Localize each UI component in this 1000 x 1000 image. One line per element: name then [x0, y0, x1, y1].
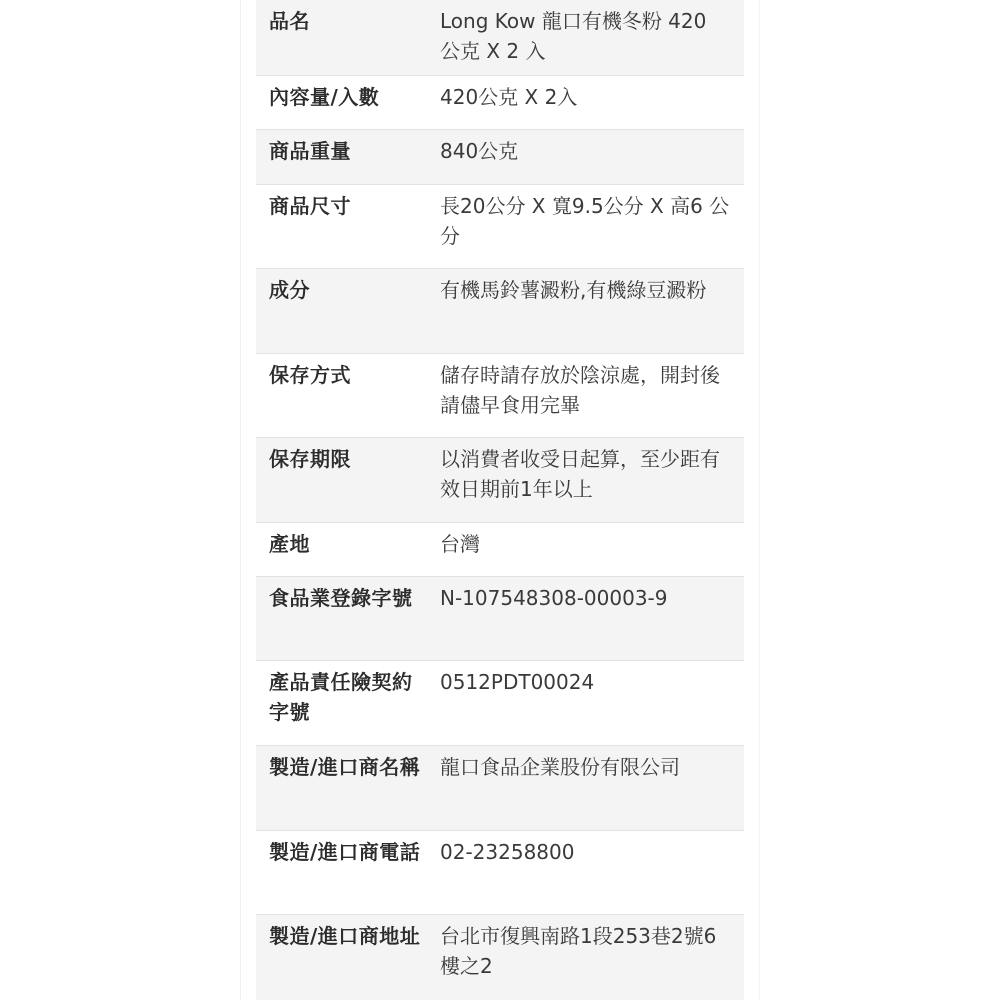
spec-value: 420公克 X 2入 — [428, 76, 744, 129]
spec-value: 長20公分 X 寬9.5公分 X 高6 公分 — [428, 185, 744, 268]
spec-row-manufacturer-name: 製造/進口商名稱 龍口食品企業股份有限公司 — [256, 746, 744, 831]
spec-label: 成分 — [256, 269, 428, 353]
spec-row-content-quantity: 內容量/入數 420公克 X 2入 — [256, 76, 744, 130]
spec-row-weight: 商品重量 840公克 — [256, 130, 744, 185]
spec-label: 商品重量 — [256, 130, 428, 184]
spec-label: 保存方式 — [256, 354, 428, 437]
spec-value: 台灣 — [428, 523, 744, 576]
spec-row-food-registration: 食品業登錄字號 N-107548308-00003-9 — [256, 577, 744, 661]
spec-row-manufacturer-phone: 製造/進口商電話 02-23258800 — [256, 831, 744, 915]
spec-label: 製造/進口商地址 — [256, 915, 428, 1000]
spec-row-manufacturer-address: 製造/進口商地址 台北市復興南路1段253巷2號6樓之2 — [256, 915, 744, 1000]
spec-value: 有機馬鈴薯澱粉,有機綠豆澱粉 — [428, 269, 744, 353]
spec-value: 0512PDT00024 — [428, 661, 744, 745]
spec-row-storage-method: 保存方式 儲存時請存放於陰涼處，開封後請儘早食用完畢 — [256, 354, 744, 438]
spec-value: 840公克 — [428, 130, 744, 184]
spec-label: 產品責任險契約字號 — [256, 661, 428, 745]
spec-row-shelf-life: 保存期限 以消費者收受日起算，至少距有效日期前1年以上 — [256, 438, 744, 523]
spec-label: 品名 — [256, 0, 428, 75]
spec-row-origin: 產地 台灣 — [256, 523, 744, 577]
spec-label: 食品業登錄字號 — [256, 577, 428, 660]
spec-label: 產地 — [256, 523, 428, 576]
product-spec-table: 品名 Long Kow 龍口有機冬粉 420 公克 X 2 入 內容量/入數 4… — [256, 0, 744, 1000]
spec-label: 保存期限 — [256, 438, 428, 522]
spec-value: Long Kow 龍口有機冬粉 420 公克 X 2 入 — [428, 0, 744, 75]
spec-value: 02-23258800 — [428, 831, 744, 914]
spec-label: 內容量/入數 — [256, 76, 428, 129]
spec-row-product-name: 品名 Long Kow 龍口有機冬粉 420 公克 X 2 入 — [256, 0, 744, 76]
spec-label: 製造/進口商名稱 — [256, 746, 428, 830]
spec-row-ingredients: 成分 有機馬鈴薯澱粉,有機綠豆澱粉 — [256, 269, 744, 354]
spec-value: 台北市復興南路1段253巷2號6樓之2 — [428, 915, 744, 1000]
spec-value: 儲存時請存放於陰涼處，開封後請儘早食用完畢 — [428, 354, 744, 437]
spec-row-dimensions: 商品尺寸 長20公分 X 寬9.5公分 X 高6 公分 — [256, 185, 744, 269]
spec-label: 製造/進口商電話 — [256, 831, 428, 914]
spec-value: 龍口食品企業股份有限公司 — [428, 746, 744, 830]
spec-row-liability-insurance: 產品責任險契約字號 0512PDT00024 — [256, 661, 744, 746]
spec-value: N-107548308-00003-9 — [428, 577, 744, 660]
spec-value: 以消費者收受日起算，至少距有效日期前1年以上 — [428, 438, 744, 522]
spec-label: 商品尺寸 — [256, 185, 428, 268]
